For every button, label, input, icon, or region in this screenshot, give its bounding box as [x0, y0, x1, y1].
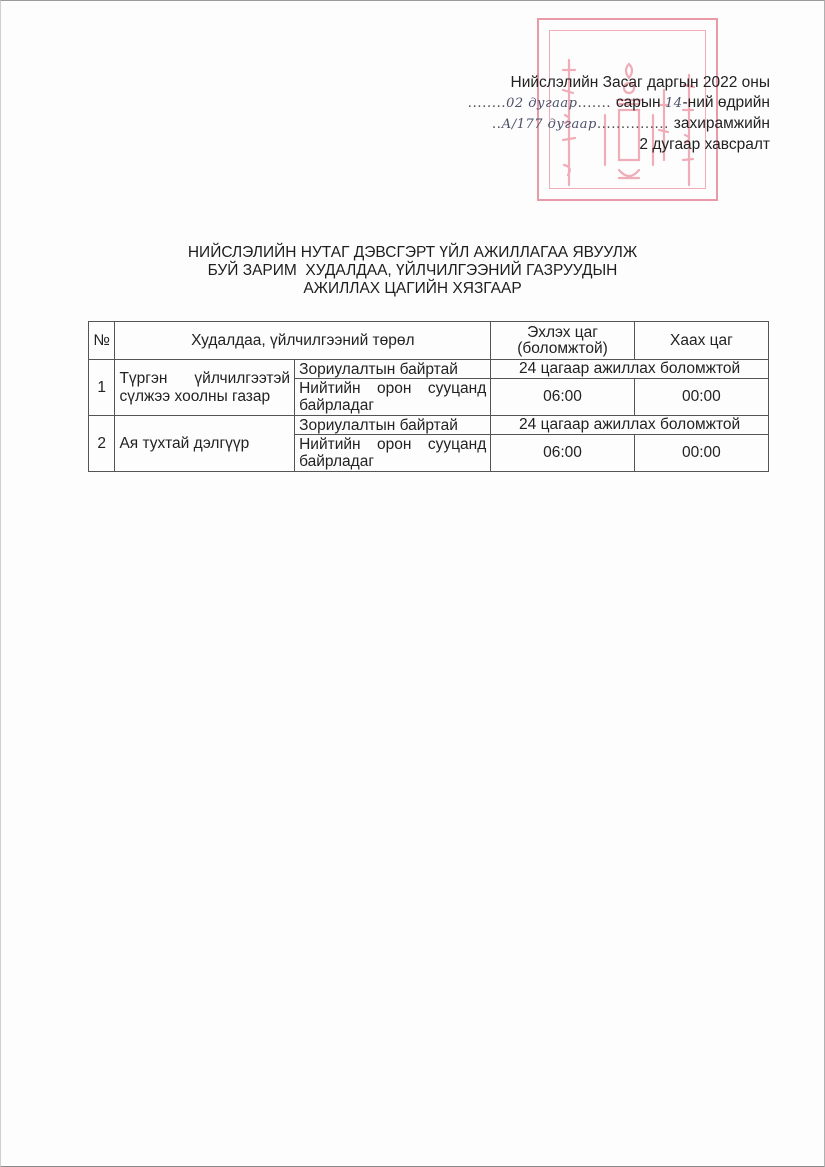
sub-category: Зориулалтын байртай: [295, 360, 491, 379]
sub-category: Нийтийн орон сууцанд байрладаг: [295, 435, 491, 472]
row-number: 2: [89, 416, 115, 472]
attachment-line-2: ........02 дугаар....... сарын 14-ний өд…: [468, 93, 770, 114]
open-time: 06:00: [491, 435, 635, 472]
attachment-line-3: ..А/177 дугаар............... захирамжий…: [468, 114, 770, 135]
row-number: 1: [89, 360, 115, 416]
handwritten-month: 02 дугаар: [506, 96, 577, 111]
dotted-fill: ...............: [597, 115, 674, 132]
table-row: 2 Ая тухтай дэлгүүр Зориулалтын байртай …: [89, 416, 769, 435]
table-header-row: № Худалдаа, үйлчилгээний төрөл Эхлэх цаг…: [89, 322, 769, 360]
close-time: 00:00: [634, 379, 768, 416]
hours-24h: 24 цагаар ажиллах боломжтой: [491, 416, 769, 435]
header-no: №: [89, 322, 115, 360]
dotted-fill: ........: [468, 94, 506, 111]
handwritten-day: 14: [665, 96, 683, 111]
sub-category: Нийтийн орон сууцанд байрладаг: [295, 379, 491, 416]
order-label: захирамжийн: [674, 115, 770, 132]
open-time: 06:00: [491, 379, 635, 416]
table-row: 1 Түргэн үйлчилгээтэй сүлжээ хоолны газа…: [89, 360, 769, 379]
document-title: НИЙСЛЭЛИЙН НУТАГ ДЭВСГЭРТ ҮЙЛ АЖИЛЛАГАА …: [0, 244, 825, 298]
header-open-line-1: Эхлэх цаг: [495, 325, 630, 341]
header-open: Эхлэх цаг (боломжтой): [491, 322, 635, 360]
close-time: 00:00: [634, 435, 768, 472]
title-line-2: БУЙ ЗАРИМ ХУДАЛДАА, ҮЙЛЧИЛГЭЭНИЙ ГАЗРУУД…: [0, 262, 825, 280]
dotted-fill: .......: [577, 94, 615, 111]
title-line-1: НИЙСЛЭЛИЙН НУТАГ ДЭВСГЭРТ ҮЙЛ АЖИЛЛАГАА …: [0, 244, 825, 262]
month-label: сарын: [616, 94, 661, 111]
title-line-3: АЖИЛЛАХ ЦАГИЙН ХЯЗГААР: [0, 280, 825, 298]
handwritten-order-number: А/177 дугаар: [501, 117, 596, 132]
attachment-header: Нийслэлийн Засаг даргын 2022 оны .......…: [468, 73, 770, 155]
attachment-line-1: Нийслэлийн Засаг даргын 2022 оны: [468, 73, 770, 93]
header-close: Хаах цаг: [634, 322, 768, 360]
header-type: Худалдаа, үйлчилгээний төрөл: [115, 322, 491, 360]
business-type: Түргэн үйлчилгээтэй сүлжээ хоолны газар: [115, 360, 295, 416]
working-hours-table: № Худалдаа, үйлчилгээний төрөл Эхлэх цаг…: [88, 321, 769, 472]
header-open-line-2: (боломжтой): [495, 341, 630, 357]
business-type: Ая тухтай дэлгүүр: [115, 416, 295, 472]
attachment-line-4: 2 дугаар хавсралт: [468, 135, 770, 155]
day-label: -ний өдрийн: [682, 94, 770, 111]
hours-24h: 24 цагаар ажиллах боломжтой: [491, 360, 769, 379]
sub-category: Зориулалтын байртай: [295, 416, 491, 435]
